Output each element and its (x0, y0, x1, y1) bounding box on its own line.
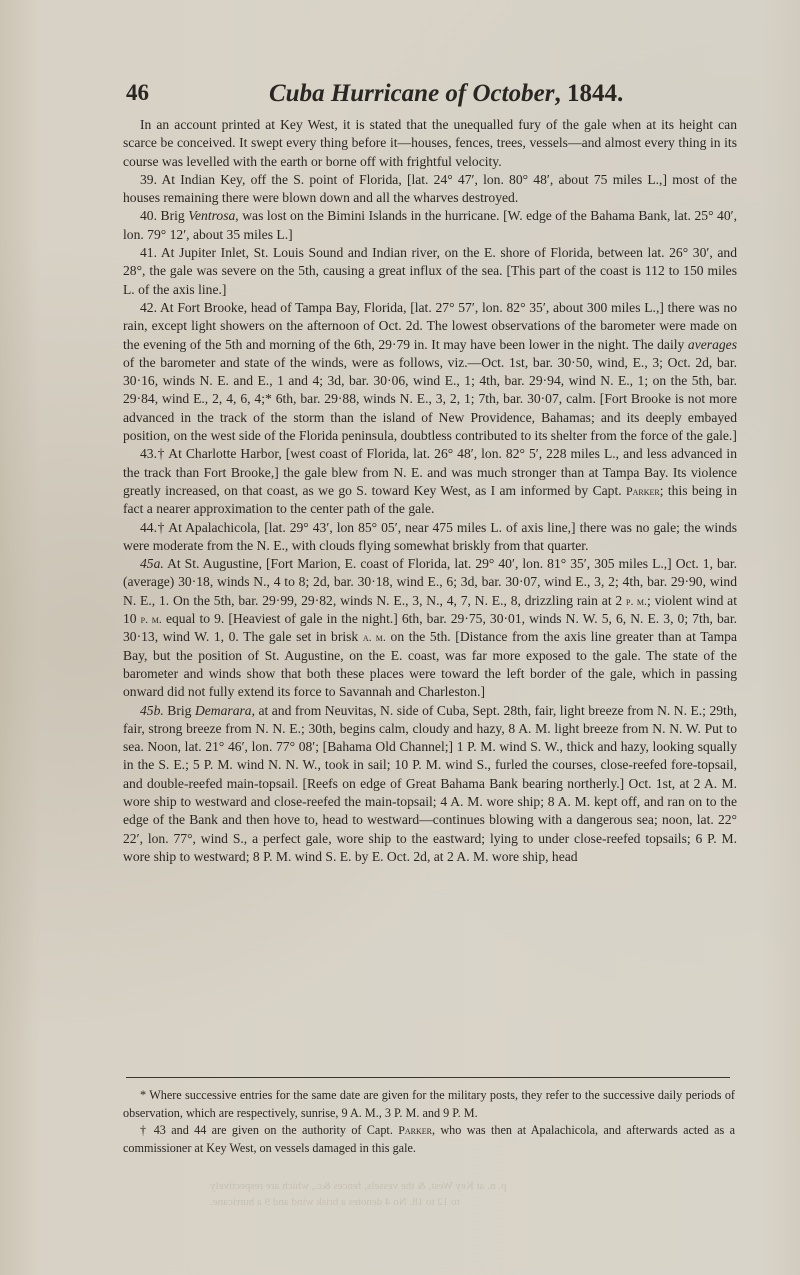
paragraph-text: 39. At Indian Key, off the S. point of F… (123, 172, 737, 205)
running-title-italic: Cuba Hurricane of October (269, 80, 554, 107)
footnote-star: * Where successive entries for the same … (123, 1087, 735, 1122)
page-number: 46 (126, 80, 149, 106)
paragraph-44: 44.† At Apalachicola, [lat. 29° 43′, lon… (123, 519, 737, 556)
person-name: Parker (626, 484, 660, 498)
footnotes: * Where successive entries for the same … (123, 1087, 735, 1157)
entry-number: 45a. (140, 556, 164, 571)
footnote-text: † 43 and 44 are given on the authority o… (140, 1123, 398, 1137)
book-page: 46 Cuba Hurricane of October, 1844. In a… (0, 0, 800, 1275)
paragraph-text: 41. At Jupiter Inlet, St. Louis Sound an… (123, 245, 737, 297)
paragraph-45a: 45a. At St. Augustine, [Fort Marion, E. … (123, 555, 737, 701)
entry-number: 45b. (140, 703, 164, 718)
paragraph-text: 44.† At Apalachicola, [lat. 29° 43′, lon… (123, 520, 737, 553)
paragraph-text: 40. Brig (140, 208, 188, 223)
paragraph-text: 42. At Fort Brooke, head of Tampa Bay, F… (123, 300, 737, 352)
running-title-year: , 1844. (554, 80, 623, 107)
paragraph-39: 39. At Indian Key, off the S. point of F… (123, 171, 737, 208)
ship-name: Demarara (195, 703, 252, 718)
paragraph-text: In an account printed at Key West, it is… (123, 117, 737, 169)
paragraph-text: of the barometer and state of the winds,… (123, 355, 737, 443)
footnote-dagger: † 43 and 44 are given on the authority o… (123, 1122, 735, 1157)
paragraph-text: , at and from Neuvitas, N. side of Cuba,… (123, 703, 737, 864)
paragraph-intro: In an account printed at Key West, it is… (123, 116, 737, 171)
paragraph-45b: 45b. Brig Demarara, at and from Neuvitas… (123, 702, 737, 867)
person-name: Parker (398, 1123, 432, 1137)
paragraph-43: 43.† At Charlotte Harbor, [west coast of… (123, 445, 737, 518)
body-text: In an account printed at Key West, it is… (123, 116, 737, 866)
paragraph-40: 40. Brig Ventrosa, was lost on the Bimin… (123, 207, 737, 244)
time-marker: p. m. (141, 612, 162, 626)
paragraph-41: 41. At Jupiter Inlet, St. Louis Sound an… (123, 244, 737, 299)
bleed-line: to 12 to 18. No 4 denotes a brisk wind a… (210, 1194, 730, 1210)
paragraph-text: Brig (164, 703, 195, 718)
footnote-text: * Where successive entries for the same … (123, 1088, 735, 1120)
bleed-line: p. n. at Key West, & the vessels, fences… (210, 1178, 730, 1194)
bleed-through-text: p. n. at Key West, & the vessels, fences… (210, 1178, 730, 1210)
paragraph-42: 42. At Fort Brooke, head of Tampa Bay, F… (123, 299, 737, 445)
time-marker: p. m. (626, 594, 647, 608)
emphasis-text: averages (688, 337, 737, 352)
footnote-divider (126, 1077, 730, 1078)
running-title: Cuba Hurricane of October, 1844. (269, 80, 623, 108)
time-marker: a. m. (363, 630, 386, 644)
ship-name: Ventrosa (188, 208, 235, 223)
running-head: 46 Cuba Hurricane of October, 1844. (126, 80, 746, 110)
